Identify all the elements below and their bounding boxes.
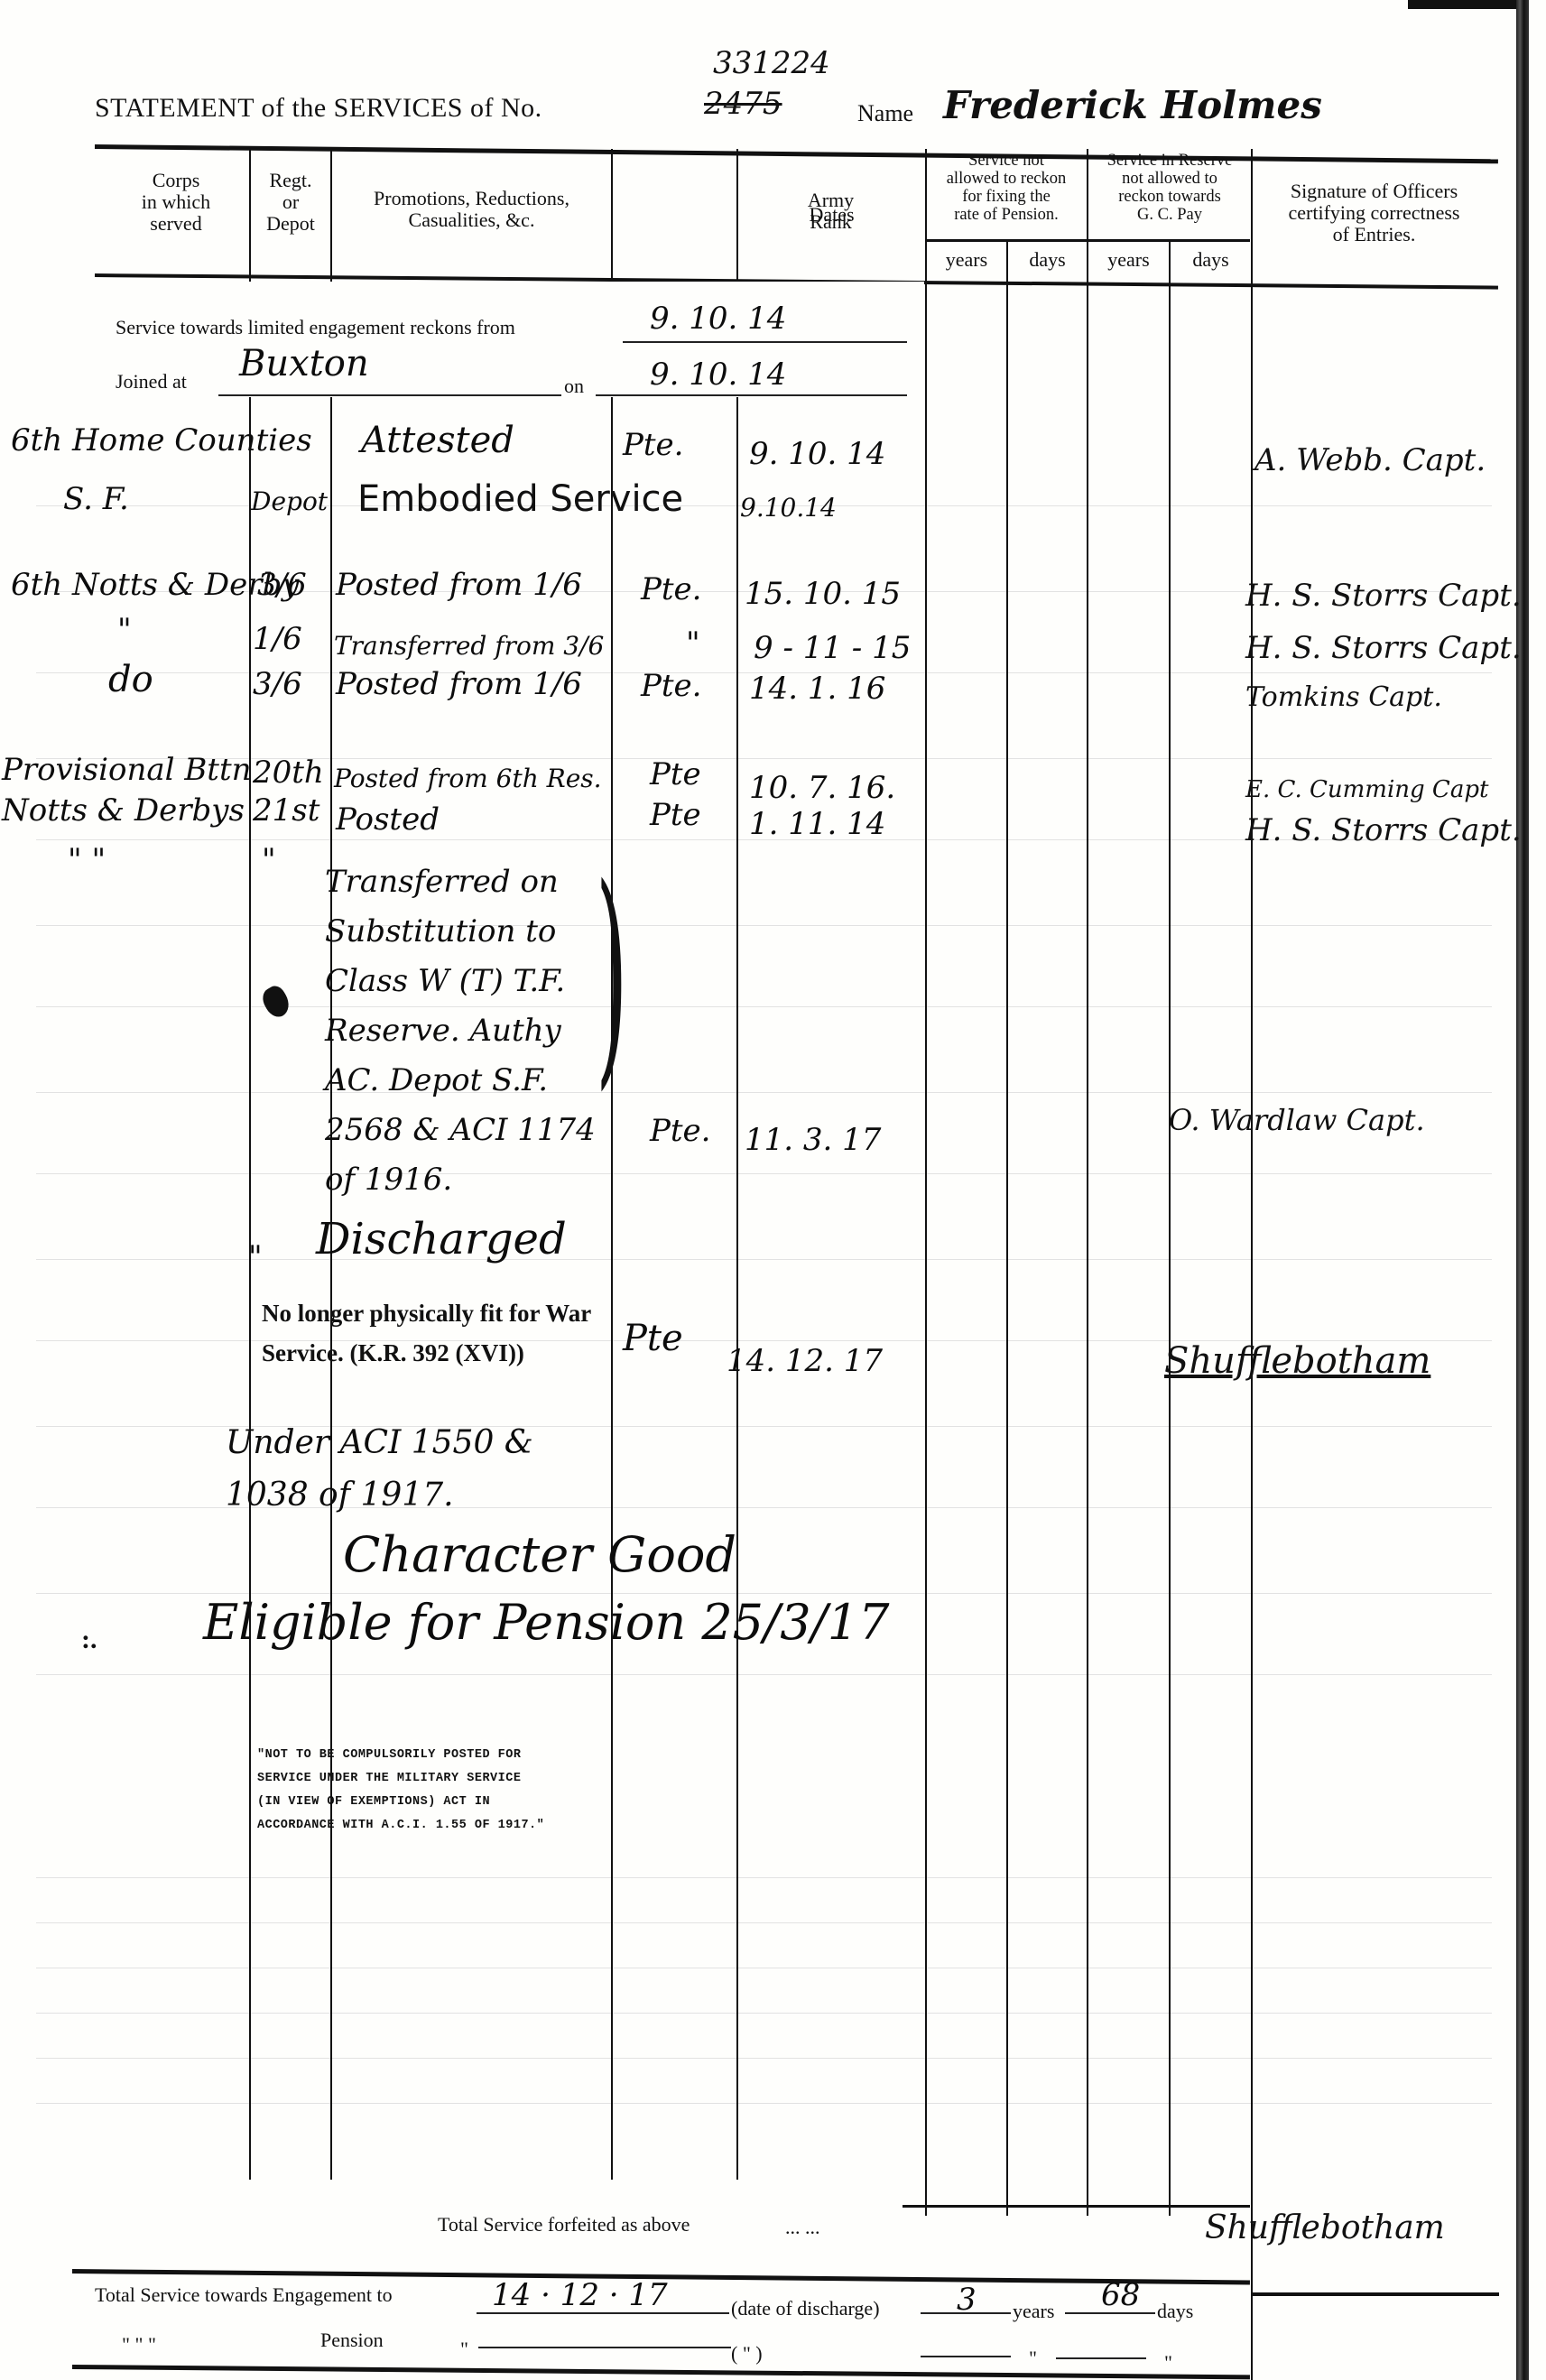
page-binding-edge [1516,0,1529,2380]
entry-1-date: 9.10.14 [740,492,837,524]
entry-7-event: Transferred on Substitution to Class W (… [325,857,605,1205]
col-header-not-gc-pay: Service in Reservenot allowed toreckon t… [1088,152,1251,224]
entry-2-date: 15. 10. 15 [745,578,901,610]
entry-3-rank: " [686,627,700,660]
entry-7-rank: Pte. [650,1115,710,1147]
engagement-total-date: 14 · 12 · 17 [492,2279,668,2311]
col-header-years-1: years [927,249,1006,271]
pension-ditto-3: " [1029,2347,1037,2370]
total-days: 68 [1101,2279,1140,2311]
col-header-corps: Corpsin whichserved [108,170,244,235]
entry-0-rank: Pte. [623,429,683,461]
entry-4-rank: Pte. [641,670,701,702]
col-line-3 [611,149,613,2180]
final-signature: Shufflebotham [1205,2209,1445,2246]
entry-1-regt: Depot [251,486,328,518]
entry-4-regt: 3/6 [253,668,302,700]
entry-2-signature: H. S. Storrs Capt. [1245,578,1522,614]
years-label: years [1013,2300,1054,2323]
col-header-days-2: days [1171,249,1251,271]
entry-6-regt: 21st [253,794,319,827]
brace: ) [596,857,628,1092]
signature-rule [1251,2292,1499,2296]
entry-3-date: 9 - 11 - 15 [754,632,911,664]
pension-paren: ( " ) [731,2342,763,2366]
service-number: 331224 [713,45,830,81]
col-header-promotions: Promotions, Reductions,Casualities, &c. [334,188,609,231]
entry-1-event-stamp: Embodied Service [357,478,683,520]
entry-9-signature: Shufflebotham [1164,1340,1430,1382]
total-years: 3 [957,2283,977,2316]
pension-ditto-2: " [460,2338,468,2361]
entry-9-date: 14. 12. 17 [727,1345,883,1377]
entry-8-regt: " [248,1241,263,1273]
entry-2-regt: 3/6 [257,569,307,601]
col-line-6 [1006,239,1008,2216]
col-header-years-2: years [1088,249,1169,271]
pension-years-underline [921,2356,1011,2357]
page-corner-shadow [1408,0,1534,9]
reckons-label: Service towards limited engagement recko… [116,316,515,339]
discharge-label: (date of discharge) [731,2297,880,2320]
margin-mark: :. [81,1625,97,1655]
engagement-total-label: Total Service towards Engagement to [95,2283,393,2307]
entry-5-date: 10. 7. 16. [749,772,895,804]
joined-label: Joined at [116,370,187,394]
joined-underline [218,394,561,396]
col-line-9 [1251,149,1253,2380]
entry-2-event: Posted from 1/6 [336,569,582,601]
col-line-7 [1087,149,1088,2216]
forfeited-box-top [903,2205,1250,2208]
joined-place: Buxton [239,347,369,380]
entry-5-corps: Provisional Bttn [2,754,252,786]
reckons-date: 9. 10. 14 [650,302,786,335]
engagement-area [99,282,924,397]
entry-2-rank: Pte. [641,573,701,606]
col-header-not-pension: Service notallowed to reckonfor fixing t… [927,152,1086,224]
entry-3-regt: 1/6 [253,623,302,655]
entry-4-date: 14. 1. 16 [749,672,885,705]
entry-5-event: Posted from 6th Res. [334,763,602,795]
pension-underline [478,2347,731,2348]
entry-7-signature: O. Wardlaw Capt. [1169,1103,1425,1137]
document-title: STATEMENT of the SERVICES of No. [95,93,542,124]
entry-3-signature: H. S. Storrs Capt. [1245,630,1522,666]
soldier-name: Frederick Holmes [943,83,1322,127]
pension-remark: Eligible for Pension 25/3/17 [203,1607,889,1639]
on-underline [596,394,907,396]
entry-9-rank: Pte [623,1322,683,1355]
entry-6-date: 1. 11. 14 [749,808,885,840]
entry-4-corps: do [108,663,153,696]
entry-5-rank: Pte [650,758,701,791]
col-header-signature: Signature of Officerscertifying correctn… [1254,181,1494,245]
entry-9-event-stamp: No longer physically fit for War Service… [262,1293,623,1373]
entry-7-regt: " [262,844,276,876]
entry-0-date: 9. 10. 14 [749,438,885,470]
forfeited-dots: ... ... [785,2216,820,2239]
forfeited-label: Total Service forfeited as above [438,2213,690,2236]
bottom-rule [72,2365,1250,2379]
pension-label: Pension [320,2329,384,2352]
col-line-8 [1169,239,1171,2216]
entry-7-corps: " " [68,844,106,876]
entry-5-signature: E. C. Cumming Capt [1245,776,1488,803]
col-header-dates: Dates [738,204,925,226]
name-label: Name [857,100,913,127]
col-header-days-1: days [1008,249,1087,271]
exemption-stamp: "NOT TO BE COMPULSORILY POSTED FOR SERVI… [257,1744,672,1838]
entry-3-event: Transferred from 3/6 [334,630,604,662]
entry-0-corps: 6th Home Counties [11,424,312,457]
col-header-regt: Regt.orDepot [251,170,330,235]
entry-2-corps: 6th Notts & Derby [11,569,299,601]
entry-4-signature: Tomkins Capt. [1245,681,1442,713]
entry-8-event: Discharged [316,1223,567,1255]
service-record-page: STATEMENT of the SERVICES of No. 2475 33… [0,0,1546,2380]
col-line-4 [736,149,738,2180]
on-label: on [564,375,584,398]
entry-3-corps: " [117,614,132,646]
joined-date: 9. 10. 14 [650,358,786,391]
character-remark: Character Good [343,1539,736,1571]
entry-6-rank: Pte [650,799,701,831]
ink-blot [258,983,294,1021]
entry-6-corps: Notts & Derbys [2,794,245,827]
service-number-struck: 2475 [704,86,782,122]
entry-0-event: Attested [361,424,514,457]
page-margin [1529,0,1546,2380]
entry-6-event: Posted [336,803,440,836]
entry-4-event: Posted from 1/6 [336,668,582,700]
pension-ditto-4: " [1164,2351,1172,2375]
entry-6-signature: H. S. Storrs Capt. [1245,812,1522,848]
col-line-5 [925,149,927,2216]
entry-7-date: 11. 3. 17 [745,1124,881,1156]
header-top-rule [95,144,1498,163]
reckons-underline [623,341,907,343]
pension-days-underline [1056,2357,1146,2359]
entry-0-signature: A. Webb. Capt. [1254,442,1486,478]
entry-10-event: Under ACI 1550 & 1038 of 1917. [226,1417,605,1522]
pension-ditto: " " " [122,2333,156,2357]
entry-5-regt: 20th [253,756,324,789]
days-label: days [1157,2300,1193,2323]
entry-1-corps: S. F. [63,483,129,515]
